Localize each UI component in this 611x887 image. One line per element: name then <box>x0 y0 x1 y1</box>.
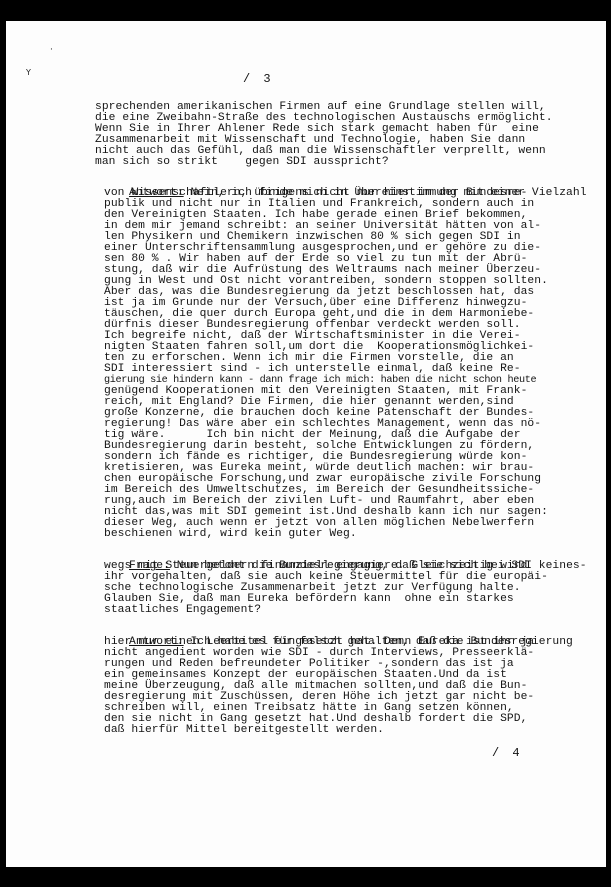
text-line: staatliches Engagement? <box>104 605 261 616</box>
text-line: beschienen wird, wird kein guter Weg. <box>104 529 357 540</box>
document-page: · Y / 3 sprechenden amerikanischen Firme… <box>6 21 606 867</box>
text-line: man sich so strikt gegen SDI ausspricht? <box>95 157 389 168</box>
header-page-number: / 3 <box>243 72 274 86</box>
scan-border-bottom <box>0 867 611 887</box>
margin-mark-dot: · <box>50 45 53 55</box>
text-line: daß hierfür Mittel bereitgestellt werden… <box>104 725 384 736</box>
footer-page-number: / 4 <box>492 746 523 760</box>
margin-mark-tick: Y <box>26 68 31 77</box>
text-line: SDI interessiert sind - ich unterstelle … <box>104 364 521 375</box>
